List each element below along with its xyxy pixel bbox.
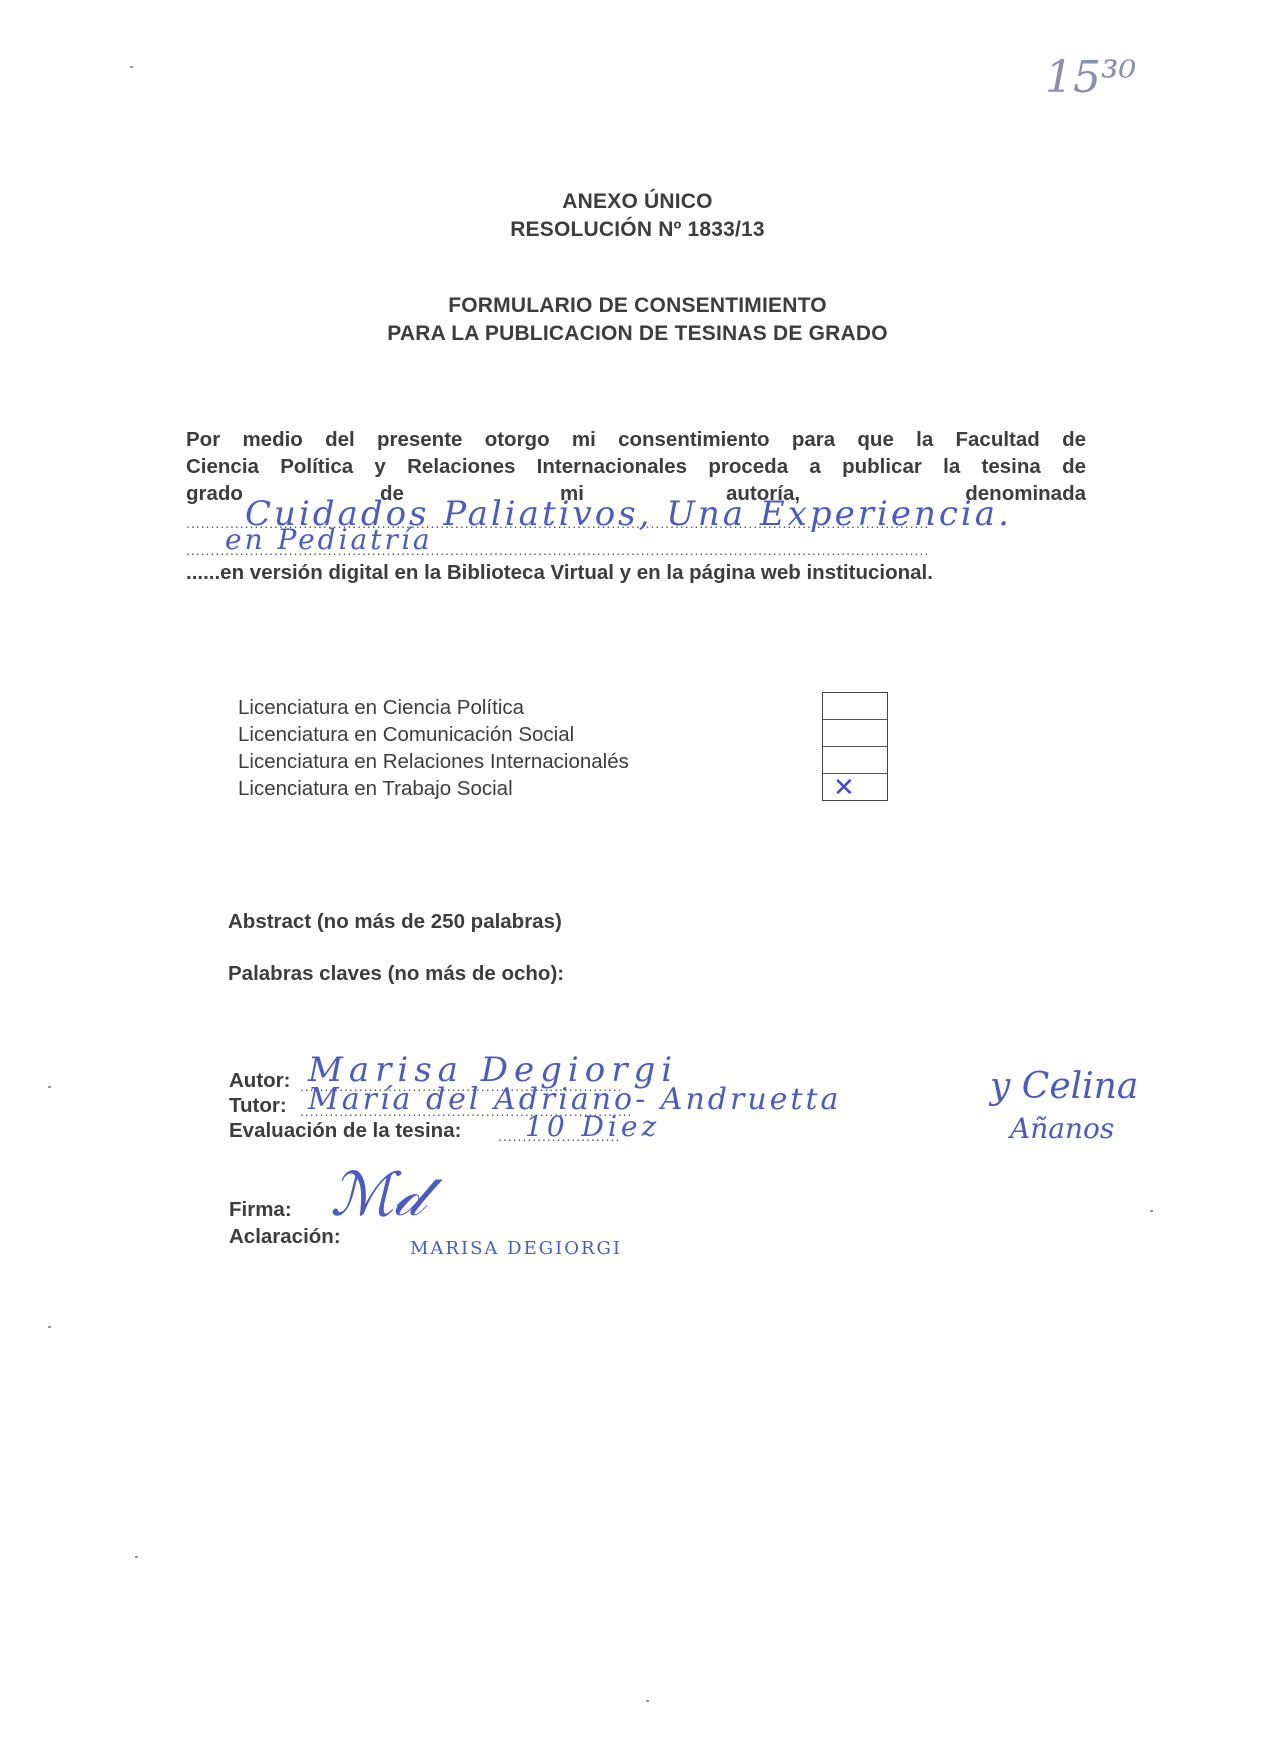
degree-list: Licenciatura en Ciencia Política Licenci… — [238, 694, 629, 802]
form-title-line2: PARA LA PUBLICACION DE TESINAS DE GRADO — [0, 320, 1275, 348]
tutor-label: Tutor: — [229, 1094, 287, 1118]
thesis-title-handwritten-2[interactable]: en Pediatría — [225, 523, 433, 556]
checkbox-comunicacion-social[interactable] — [823, 720, 887, 747]
degree-checkbox-column: ✕ — [822, 692, 888, 801]
degree-comunicacion-social: Licenciatura en Comunicación Social — [238, 721, 629, 748]
consent-line1: Por medio del presente otorgo mi consent… — [186, 426, 1086, 453]
scan-speck — [48, 1086, 51, 1088]
scan-speck — [48, 1326, 51, 1328]
keywords-label: Palabras claves (no más de ocho): — [228, 962, 564, 986]
checkbox-relaciones-internacionales[interactable] — [823, 747, 887, 774]
signature-label: Firma: — [229, 1198, 292, 1222]
evaluation-label: Evaluación de la tesina: — [229, 1119, 461, 1143]
checkbox-trabajo-social[interactable]: ✕ — [823, 774, 887, 800]
tutor-value-extra-1[interactable]: y Celina — [990, 1066, 1138, 1107]
scan-speck — [646, 1700, 649, 1702]
scan-speck — [130, 66, 133, 68]
consent-closing: ......en versión digital en la Bibliotec… — [186, 561, 933, 585]
degree-trabajo-social: Licenciatura en Trabajo Social — [238, 775, 629, 802]
evaluation-value[interactable]: 10 Diez — [525, 1110, 660, 1143]
clarification-label: Aclaración: — [229, 1225, 341, 1249]
scan-speck — [135, 1556, 138, 1558]
clarification-value[interactable]: MARISA DEGIORGI — [410, 1238, 622, 1259]
corner-handwritten-note: 15³⁰ — [1045, 52, 1136, 103]
abstract-label: Abstract (no más de 250 palabras) — [228, 910, 562, 934]
word-grado: grado — [186, 480, 243, 507]
consent-line2: Ciencia Política y Relaciones Internacio… — [186, 453, 1086, 480]
degree-relaciones-internacionales: Licenciatura en Relaciones Internacional… — [238, 748, 629, 775]
check-x-icon: ✕ — [833, 774, 855, 800]
tutor-value-extra-2[interactable]: Añanos — [1010, 1112, 1114, 1145]
resolution-heading: RESOLUCIÓN Nº 1833/13 — [0, 216, 1275, 244]
form-title-line1: FORMULARIO DE CONSENTIMIENTO — [0, 292, 1275, 320]
checkbox-ciencia-politica[interactable] — [823, 693, 887, 720]
author-label: Autor: — [229, 1069, 290, 1093]
scan-speck — [1150, 1210, 1153, 1212]
degree-ciencia-politica: Licenciatura en Ciencia Política — [238, 694, 629, 721]
annex-heading: ANEXO ÚNICO — [0, 188, 1275, 216]
signature-value[interactable]: ℳ𝒹 — [330, 1160, 424, 1230]
